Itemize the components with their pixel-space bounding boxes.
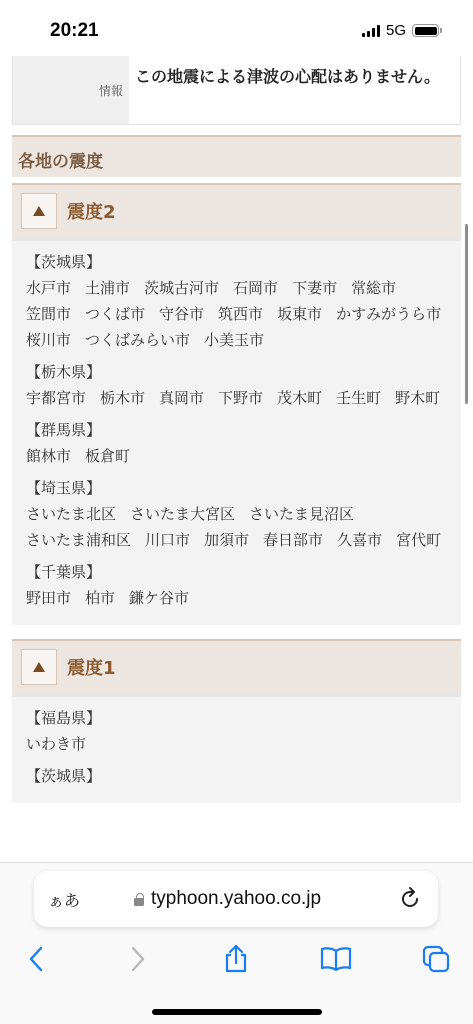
prefecture-name: 【栃木県】 (26, 359, 461, 385)
home-indicator[interactable] (152, 1009, 322, 1015)
info-label: 情報 (13, 56, 129, 124)
prefecture-block: 【茨城県】 (26, 763, 461, 789)
scrollbar[interactable] (465, 224, 468, 404)
city-name: 板倉町 (85, 443, 130, 469)
city-list: 水戸市土浦市茨城古河市石岡市下妻市常総市笠間市つくば市守谷市筑西市坂東市かすみが… (26, 275, 461, 353)
tabs-icon (422, 945, 450, 973)
city-name: 下野市 (218, 385, 263, 411)
city-list: 館林市板倉町 (26, 443, 461, 469)
intensity-header-2[interactable]: 震度2 (12, 183, 461, 237)
triangle-up-icon (33, 662, 45, 672)
browser-toolbar: ぁあ typhoon.yahoo.co.jp (0, 862, 473, 1024)
prefecture-block: 【栃木県】宇都宮市栃木市真岡市下野市茂木町壬生町野木町 (26, 359, 461, 411)
page-content: 情報 この地震による津波の心配はありません。 各地の震度 震度2 【茨城県】水戸… (12, 56, 461, 803)
prefecture-block: 【群馬県】館林市板倉町 (26, 417, 461, 469)
book-icon (320, 946, 352, 972)
prefecture-name: 【群馬県】 (26, 417, 461, 443)
share-icon (223, 944, 249, 974)
city-name: 守谷市 (159, 301, 204, 327)
url-display[interactable]: typhoon.yahoo.co.jp (134, 888, 321, 910)
city-name: 水戸市 (26, 275, 71, 301)
city-name: 土浦市 (85, 275, 130, 301)
city-name: 壬生町 (336, 385, 381, 411)
region-list-intensity-2: 【茨城県】水戸市土浦市茨城古河市石岡市下妻市常総市笠間市つくば市守谷市筑西市坂東… (12, 237, 461, 625)
city-list: 宇都宮市栃木市真岡市下野市茂木町壬生町野木町 (26, 385, 461, 411)
prefecture-block: 【埼玉県】さいたま北区さいたま大宮区さいたま見沼区さいたま浦和区川口市加須市春日… (26, 475, 461, 553)
city-name: さいたま浦和区 (26, 527, 131, 553)
prefecture-block: 【千葉県】野田市柏市鎌ケ谷市 (26, 559, 461, 611)
status-bar: 20:21 5G (0, 0, 473, 56)
city-name: 常総市 (351, 275, 396, 301)
city-name: つくば市 (85, 301, 145, 327)
prefecture-name: 【千葉県】 (26, 559, 461, 585)
address-bar[interactable]: ぁあ typhoon.yahoo.co.jp (34, 871, 438, 927)
city-name: 笠間市 (26, 301, 71, 327)
city-name: 柏市 (85, 585, 115, 611)
city-name: いわき市 (26, 731, 86, 757)
city-list: さいたま北区さいたま大宮区さいたま見沼区さいたま浦和区川口市加須市春日部市久喜市… (26, 501, 461, 553)
signal-icon (362, 24, 380, 37)
collapse-toggle-button[interactable] (21, 193, 57, 229)
city-name: さいたま大宮区 (130, 501, 235, 527)
city-name: 桜川市 (26, 327, 71, 353)
city-name: 小美玉市 (204, 327, 264, 353)
city-name: 野田市 (26, 585, 71, 611)
url-text: typhoon.yahoo.co.jp (151, 888, 321, 910)
region-list-intensity-1: 【福島県】いわき市【茨城県】 (12, 693, 461, 803)
bookmarks-button[interactable] (314, 937, 358, 981)
triangle-up-icon (33, 206, 45, 216)
city-name: 久喜市 (337, 527, 382, 553)
city-name: 茂木町 (277, 385, 322, 411)
battery-icon (412, 24, 439, 37)
city-name: 宮代町 (396, 527, 441, 553)
forward-button[interactable] (116, 937, 160, 981)
city-name: 真岡市 (159, 385, 204, 411)
city-name: 石岡市 (233, 275, 278, 301)
intensity-header-1[interactable]: 震度1 (12, 639, 461, 693)
city-name: 筑西市 (218, 301, 263, 327)
city-name: つくばみらい市 (85, 327, 190, 353)
city-name: 鎌ケ谷市 (129, 585, 189, 611)
tabs-button[interactable] (414, 937, 458, 981)
back-button[interactable] (14, 937, 58, 981)
city-name: さいたま見沼区 (249, 501, 354, 527)
collapse-toggle-button[interactable] (21, 649, 57, 685)
status-time: 20:21 (50, 20, 99, 42)
city-name: 川口市 (145, 527, 190, 553)
prefecture-block: 【福島県】いわき市 (26, 705, 461, 757)
prefecture-name: 【埼玉県】 (26, 475, 461, 501)
city-name: 茨城古河市 (144, 275, 219, 301)
prefecture-block: 【茨城県】水戸市土浦市茨城古河市石岡市下妻市常総市笠間市つくば市守谷市筑西市坂東… (26, 249, 461, 353)
city-name: 野木町 (395, 385, 440, 411)
chevron-left-icon (28, 946, 44, 972)
city-name: さいたま北区 (26, 501, 116, 527)
intensity-title: 震度1 (67, 654, 116, 680)
status-icons: 5G (362, 22, 439, 39)
prefecture-name: 【茨城県】 (26, 763, 461, 789)
city-name: 栃木市 (100, 385, 145, 411)
city-name: 春日部市 (263, 527, 323, 553)
share-button[interactable] (214, 937, 258, 981)
lock-icon (134, 893, 144, 906)
city-name: 加須市 (204, 527, 249, 553)
info-row: 情報 この地震による津波の心配はありません。 (12, 56, 461, 125)
city-name: 宇都宮市 (26, 385, 86, 411)
city-list: いわき市 (26, 731, 461, 757)
info-value: この地震による津波の心配はありません。 (129, 56, 460, 124)
browser-nav (0, 937, 473, 981)
chevron-right-icon (130, 946, 146, 972)
city-name: 下妻市 (292, 275, 337, 301)
city-name: 館林市 (26, 443, 71, 469)
section-title: 各地の震度 (12, 135, 461, 177)
network-type: 5G (386, 22, 406, 39)
prefecture-name: 【茨城県】 (26, 249, 461, 275)
reload-icon[interactable] (400, 886, 422, 914)
city-name: 坂東市 (277, 301, 322, 327)
intensity-title: 震度2 (67, 198, 116, 224)
city-name: かすみがうら市 (336, 301, 441, 327)
text-size-button[interactable]: ぁあ (48, 888, 80, 911)
prefecture-name: 【福島県】 (26, 705, 461, 731)
city-list: 野田市柏市鎌ケ谷市 (26, 585, 461, 611)
